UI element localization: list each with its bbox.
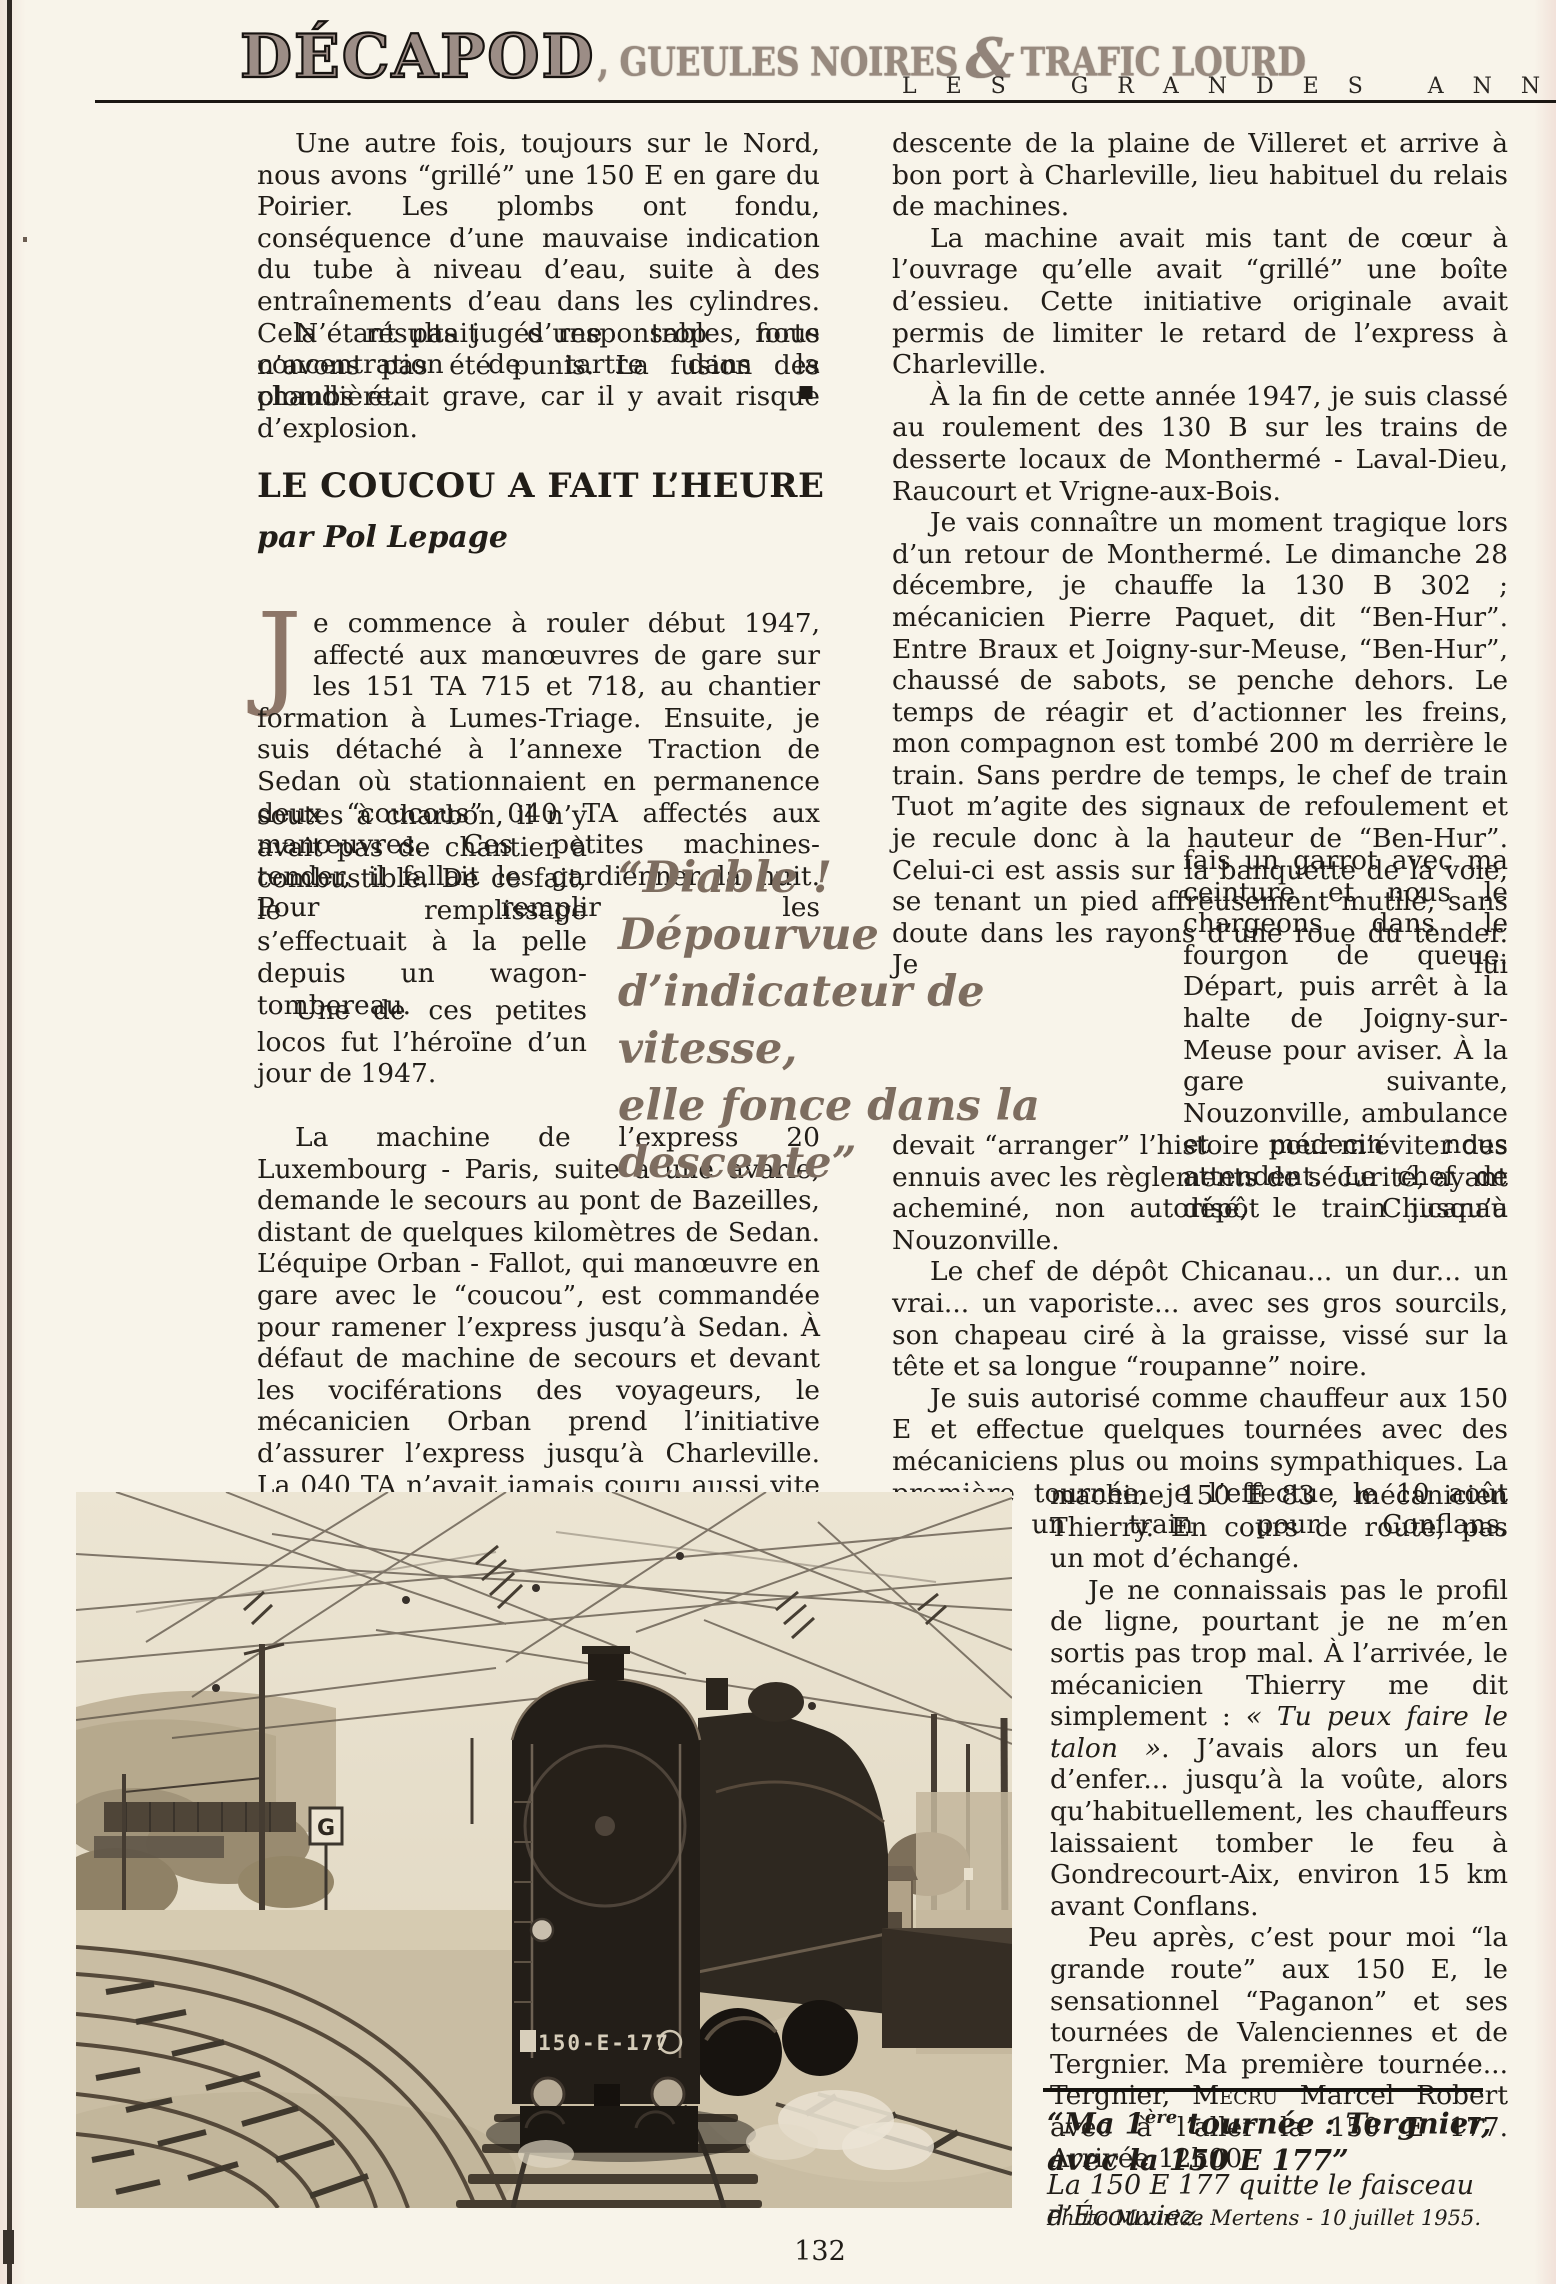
scan-edge-left-tint [0, 0, 26, 2284]
logo-decapod: DÉCAPOD [240, 22, 595, 92]
header-rule [95, 100, 1556, 103]
svg-text:G: G [317, 1816, 335, 1841]
page-number: 132 [720, 2236, 920, 2267]
paragraph-continuation: soutes à charbon, il n’y avait pas de ch… [257, 800, 587, 1021]
loco-side-plate [520, 2030, 536, 2052]
article-title: LE COUCOU A FAIT L’HEURE [257, 466, 824, 506]
magazine-page: DÉCAPOD , GUEULES NOIRES & TRAFIC LOURD … [0, 0, 1556, 2284]
paragraph-intro-2: N’étant pas jugés responsables, nous n’a… [257, 318, 820, 444]
scan-dot [23, 237, 27, 242]
caption-rule [1043, 2088, 1483, 2092]
paragraph: Une de ces petites locos fut l’héroïne d… [257, 995, 587, 1090]
locomotive-photo: G [76, 1492, 1012, 2208]
right-column-beside-photo: machine 150 E 83 , mécanicien Thierry. E… [1050, 1480, 1508, 2175]
loco-number-plate: 150-E-177 [538, 2031, 670, 2055]
photo-caption-title: “Ma 1ère tournée : Tergnier, avec la 150… [1047, 2100, 1499, 2178]
drop-cap: J [257, 612, 307, 702]
running-title: LES GRANDES ANNÉES [902, 74, 1554, 99]
scan-edge-right-tint [1534, 0, 1556, 2284]
photo-caption-credit: Photo Maurice Mertens - 10 juillet 1955. [1047, 2206, 1507, 2230]
article-byline: par Pol Lepage [257, 520, 508, 555]
article-end-mark: ■ [798, 382, 818, 402]
scan-binding-line [7, 0, 12, 2284]
scan-speck [3, 2230, 14, 2264]
